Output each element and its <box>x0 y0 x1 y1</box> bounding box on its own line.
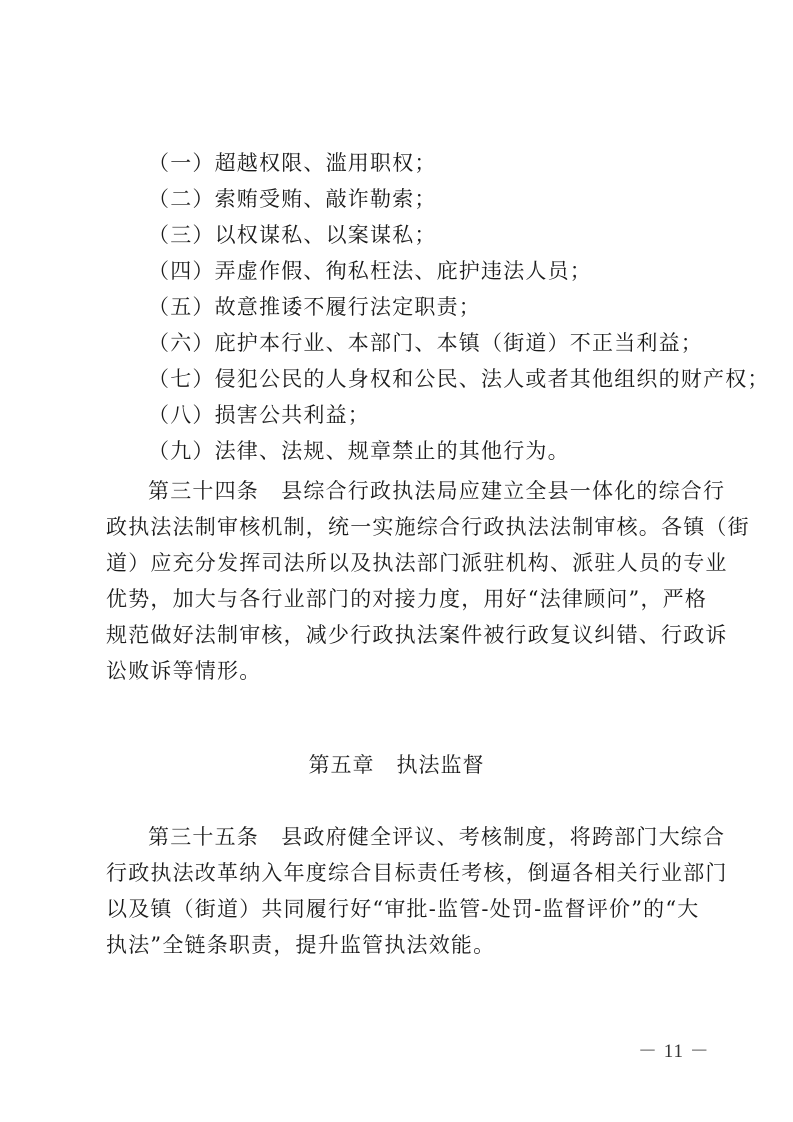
list-item-2: （二）索贿受贿、敲诈勒索； <box>148 186 437 212</box>
list-item-4: （四）弄虚作假、徇私枉法、庇护违法人员； <box>148 258 592 284</box>
chapter-title: 第五章 执法监督 <box>0 752 793 778</box>
article-34-line-5: 规范做好法制审核，减少行政执法案件被行政复议纠错、行政诉 <box>106 622 728 648</box>
document-page: （一）超越权限、滥用职权； （二）索贿受贿、敲诈勒索； （三）以权谋私、以案谋私… <box>0 0 793 1122</box>
article-35-line-2: 行政执法改革纳入年度综合目标责任考核，倒逼各相关行业部门 <box>106 860 728 886</box>
article-35-line-3: 以及镇（街道）共同履行好“审批-监管-处罚-监督评价”的“大 <box>106 896 700 922</box>
article-34-line-6: 讼败诉等情形。 <box>106 658 261 684</box>
list-item-1: （一）超越权限、滥用职权； <box>148 150 437 176</box>
list-item-6: （六）庇护本行业、本部门、本镇（街道）不正当利益； <box>148 330 703 356</box>
list-item-3: （三）以权谋私、以案谋私； <box>148 222 437 248</box>
article-35-line-4: 执法”全链条职责，提升监管执法效能。 <box>106 932 495 958</box>
article-34-line-4: 优势，加大与各行业部门的对接力度，用好“法律顾问”，严格 <box>106 586 707 612</box>
article-34-line-2: 政执法法制审核机制，统一实施综合行政执法法制审核。各镇（街 <box>106 514 750 540</box>
list-item-7: （七）侵犯公民的人身权和公民、法人或者其他组织的财产权； <box>148 366 770 392</box>
article-35-line-1: 第三十五条 县政府健全评议、考核制度，将跨部门大综合 <box>148 824 725 850</box>
list-item-5: （五）故意推诿不履行法定职责； <box>148 294 481 320</box>
article-34-line-3: 道）应充分发挥司法所以及执法部门派驻机构、派驻人员的专业 <box>106 550 728 576</box>
page-number: － 11 － <box>638 1040 710 1064</box>
article-34-line-1: 第三十四条 县综合行政执法局应建立全县一体化的综合行 <box>148 478 725 504</box>
list-item-9: （九）法律、法规、规章禁止的其他行为。 <box>148 438 570 464</box>
list-item-8: （八）损害公共利益； <box>148 402 370 428</box>
